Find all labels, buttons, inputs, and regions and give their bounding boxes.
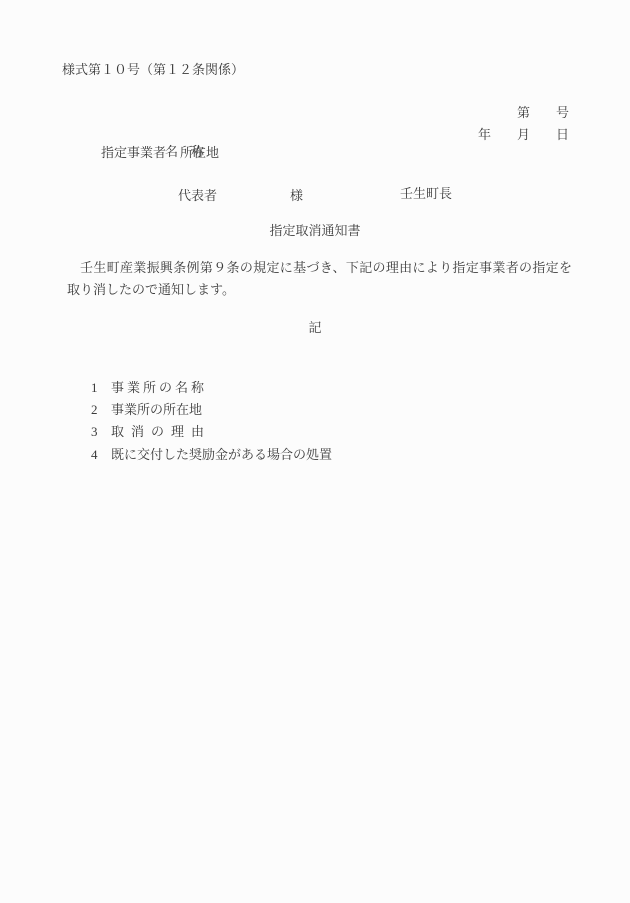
document-title: 指定取消通知書 [0,220,630,242]
recipient-line-representative: 代表者様 [165,163,303,228]
section-marker: 記 [0,317,630,339]
body-paragraph: 壬生町産業振興条例第９条の規定に基づき、下記の理由により指定事業者の指定を取り消… [67,257,572,300]
representative-label: 代表者 [178,188,217,203]
date-day-label: 日 [556,127,569,142]
form-number-line: 様式第１０号（第１２条関係） [62,59,244,81]
sender-name: 壬生町長 [400,183,452,205]
list-item-number: 4 [91,444,111,466]
recipient-name-label: 名 称 [165,141,204,163]
recipient-label: 指定事業者 [101,145,166,160]
document-page: 様式第１０号（第１２条関係） 第号 年月日 指定事業者所在地 名 称 代表者様 … [0,0,630,903]
date-year-label: 年 [478,127,491,142]
date-month-label: 月 [517,127,530,142]
list-item: 4既に交付した奨励金がある場合の処置 [78,422,332,487]
date-line: 年月日 [465,102,569,167]
honorific-label: 様 [290,188,303,203]
list-item-text: 既に交付した奨励金がある場合の処置 [111,447,332,462]
